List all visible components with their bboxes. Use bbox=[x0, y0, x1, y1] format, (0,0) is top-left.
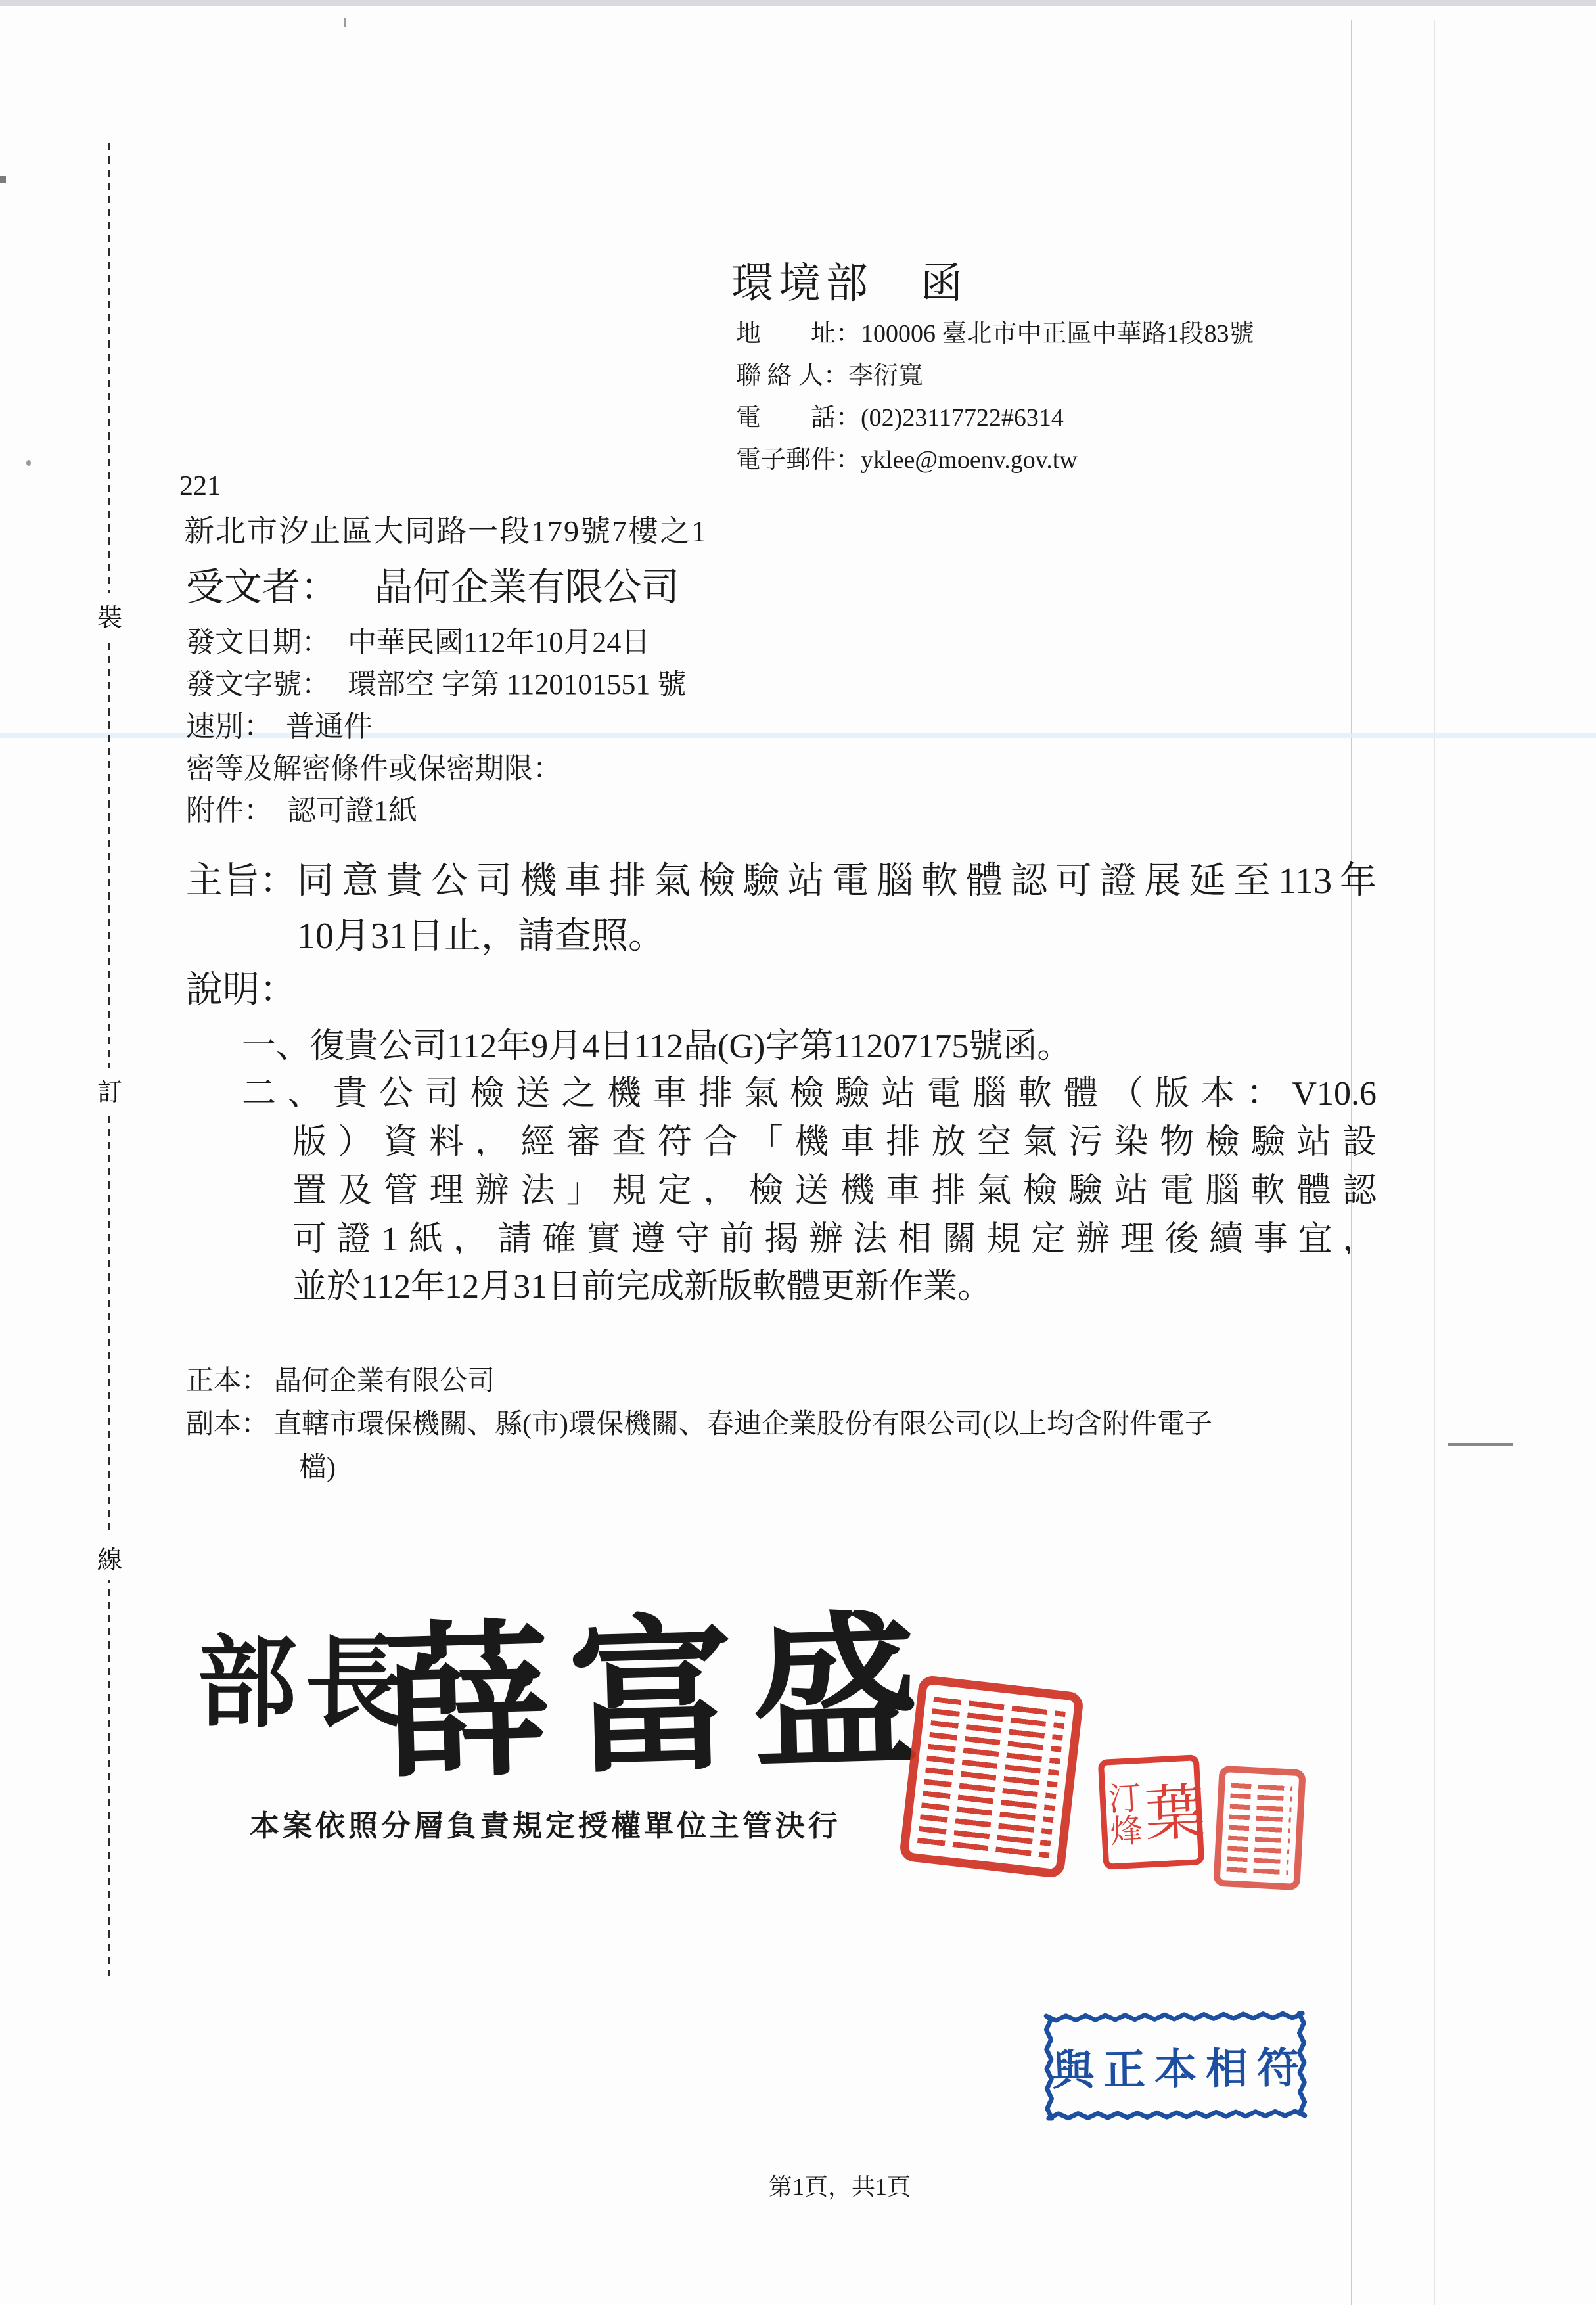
original-copy-row: 正本：晶何企業有限公司 bbox=[186, 1359, 495, 1398]
page-number: 第1頁，共1頁 bbox=[769, 2168, 911, 2202]
scan-fold-line-2 bbox=[1434, 20, 1435, 2305]
doc-number-row: 發文字號：環部空 字第 1120101551 號 bbox=[186, 660, 686, 702]
recipient-label: 受文者： bbox=[186, 556, 338, 611]
subject-label: 主旨： bbox=[186, 852, 296, 904]
name-seal-right-column: 葉 bbox=[1138, 1779, 1202, 1843]
address-label: 地 址： bbox=[736, 313, 861, 349]
secondary-name-seal-stamp bbox=[1213, 1766, 1306, 1891]
issue-date-value: 中華民國112年10月24日 bbox=[348, 618, 650, 660]
minister-title: 部長 bbox=[197, 1603, 413, 1746]
minister-signature: 薛富盛 bbox=[381, 1558, 939, 1810]
contact-person-row: 聯 絡 人：李衍寬 bbox=[736, 355, 923, 391]
explanation-item-1: 一、復貴公司112年9月4日112晶(G)字第11207175號函。 bbox=[242, 1018, 1071, 1067]
subject-line-2: 10月31日止，請查照。 bbox=[297, 907, 665, 959]
issue-date-label: 發文日期： bbox=[186, 618, 331, 660]
delegation-note: 本案依照分層負責規定授權單位主管決行 bbox=[250, 1802, 841, 1844]
cc-row: 副本：直轄市環保機關、縣(市)環保機關、春迪企業股份有限公司(以上均含附件電子 bbox=[186, 1402, 1212, 1442]
doc-number-value: 環部空 字第 1120101551 號 bbox=[348, 660, 686, 702]
original-copy-label: 正本： bbox=[186, 1359, 269, 1398]
email-label: 電子郵件： bbox=[736, 439, 861, 475]
scan-speck bbox=[26, 460, 31, 466]
certified-true-copy-stamp: 與正本相符 bbox=[1039, 2007, 1311, 2125]
cc-value-line-1: 直轄市環保機關、縣(市)環保機關、春迪企業股份有限公司(以上均含附件電子 bbox=[274, 1402, 1212, 1442]
email-row: 電子郵件：yklee@moenv.gov.tw bbox=[736, 439, 1078, 475]
official-seal-stamp bbox=[899, 1675, 1085, 1879]
certify-stamp-text: 與正本相符 bbox=[1039, 2007, 1311, 2125]
attachment-label: 附件： bbox=[186, 787, 273, 829]
explanation-item-2-line-5: 並於112年12月31日前完成新版軟體更新作業。 bbox=[292, 1258, 992, 1308]
recipient-address: 新北市汐止區大同路一段179號7樓之1 bbox=[184, 507, 708, 551]
binding-mark-xian: 線 bbox=[96, 1536, 124, 1580]
binding-mark-ding: 訂 bbox=[96, 1068, 124, 1112]
security-row: 密等及解密條件或保密期限： bbox=[186, 744, 562, 787]
recipient-row: 受文者：晶何企業有限公司 bbox=[186, 556, 679, 611]
phone-row: 電 話：(02)23117722#6314 bbox=[736, 397, 1064, 433]
contact-value: 李衍寬 bbox=[848, 355, 923, 391]
scanned-official-letter: 裝 訂 線 環境部 函 地 址：100006 臺北市中正區中華路1段83號 聯 … bbox=[0, 0, 1596, 2305]
attachment-value: 認可證1紙 bbox=[287, 787, 417, 829]
name-seal-stamp: 汀烽 葉 bbox=[1098, 1754, 1205, 1870]
cc-label: 副本： bbox=[186, 1402, 269, 1442]
recipient-postal-code: 221 bbox=[179, 470, 221, 502]
issue-date-row: 發文日期：中華民國112年10月24日 bbox=[186, 618, 650, 660]
binding-dashed-line bbox=[108, 143, 110, 1976]
explanation-label: 說明： bbox=[186, 961, 296, 1013]
priority-label: 速別： bbox=[186, 702, 273, 744]
scan-dash-artifact bbox=[1448, 1443, 1513, 1446]
address-value: 100006 臺北市中正區中華路1段83號 bbox=[861, 313, 1254, 349]
scan-edge-band bbox=[0, 0, 1596, 6]
phone-label: 電 話： bbox=[736, 397, 861, 433]
contact-label: 聯 絡 人： bbox=[736, 355, 848, 391]
phone-value: (02)23117722#6314 bbox=[861, 403, 1064, 432]
subject-line-1: 同意貴公司機車排氣檢驗站電腦軟體認可證展延至113年 bbox=[297, 852, 1377, 898]
explanation-item-2-line-4: 可證1紙，請確實遵守前揭辦法相關規定辦理後續事宜， bbox=[292, 1211, 1377, 1254]
security-label: 密等及解密條件或保密期限： bbox=[186, 744, 562, 787]
agency-title: 環境部 函 bbox=[731, 250, 968, 310]
priority-row: 速別：普通件 bbox=[186, 702, 373, 744]
attachment-row: 附件：認可證1紙 bbox=[186, 787, 417, 829]
explanation-item-2-line-3: 置及管理辦法」規定，檢送機車排氣檢驗站電腦軟體認 bbox=[292, 1162, 1377, 1205]
explanation-item-2-line-1: 二、貴公司檢送之機車排氣檢驗站電腦軟體（版本：V10.6 bbox=[242, 1065, 1377, 1108]
recipient-name: 晶何企業有限公司 bbox=[375, 556, 679, 611]
agency-address-row: 地 址：100006 臺北市中正區中華路1段83號 bbox=[736, 313, 1254, 349]
original-copy-value: 晶何企業有限公司 bbox=[274, 1359, 495, 1398]
scan-speck bbox=[0, 176, 6, 183]
scan-speck bbox=[344, 18, 346, 27]
email-value: yklee@moenv.gov.tw bbox=[861, 445, 1078, 474]
cc-value-line-2: 檔) bbox=[299, 1446, 336, 1485]
priority-value: 普通件 bbox=[286, 702, 373, 744]
explanation-item-2-line-2: 版）資料，經審查符合「機車排放空氣污染物檢驗站設 bbox=[292, 1114, 1377, 1156]
binding-mark-zhuang: 裝 bbox=[96, 593, 124, 637]
doc-number-label: 發文字號： bbox=[186, 660, 331, 702]
